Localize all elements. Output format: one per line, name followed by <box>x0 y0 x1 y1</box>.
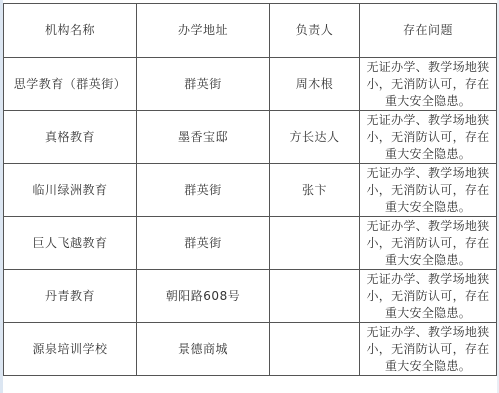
cell-issue: 无证办学、教学场地狭小，无消防认可，存在重大安全隐患。 <box>360 164 497 217</box>
issue-text: 无证办学、教学场地狭小，无消防认可，存在重大安全隐患。 <box>366 271 490 322</box>
table-row: 临川绿洲教育 群英街 张卞 无证办学、教学场地狭小，无消防认可，存在重大安全隐患… <box>4 164 497 217</box>
cell-person-in-charge <box>270 217 360 270</box>
table-row: 巨人飞越教育 群英街 无证办学、教学场地狭小，无消防认可，存在重大安全隐患。 <box>4 217 497 270</box>
table-header-row: 机构名称 办学地址 负责人 存在问题 <box>4 4 497 58</box>
cell-person-in-charge <box>270 323 360 376</box>
cell-person-in-charge <box>270 270 360 323</box>
institutions-table: 机构名称 办学地址 负责人 存在问题 思学教育（群英街） 群英街 周木根 无证办… <box>3 3 497 376</box>
cell-institution-name: 临川绿洲教育 <box>4 164 137 217</box>
cell-address: 景德商城 <box>137 323 270 376</box>
cell-institution-name: 思学教育（群英街） <box>4 58 137 111</box>
cell-institution-name: 源泉培训学校 <box>4 323 137 376</box>
cell-address: 墨香宝邸 <box>137 111 270 164</box>
cell-institution-name: 丹青教育 <box>4 270 137 323</box>
cell-person-in-charge: 周木根 <box>270 58 360 111</box>
cell-person-in-charge: 张卞 <box>270 164 360 217</box>
table-row: 真格教育 墨香宝邸 方长达人 无证办学、教学场地狭小，无消防认可，存在重大安全隐… <box>4 111 497 164</box>
header-person-in-charge: 负责人 <box>270 4 360 58</box>
cell-address: 群英街 <box>137 164 270 217</box>
header-institution-name: 机构名称 <box>4 4 137 58</box>
issue-text: 无证办学、教学场地狭小，无消防认可，存在重大安全隐患。 <box>366 218 490 269</box>
cell-issue: 无证办学、教学场地狭小，无消防认可，存在重大安全隐患。 <box>360 111 497 164</box>
issue-text: 无证办学、教学场地狭小，无消防认可，存在重大安全隐患。 <box>366 324 490 375</box>
header-address: 办学地址 <box>137 4 270 58</box>
table-row: 丹青教育 朝阳路608号 无证办学、教学场地狭小，无消防认可，存在重大安全隐患。 <box>4 270 497 323</box>
cell-institution-name: 巨人飞越教育 <box>4 217 137 270</box>
cell-issue: 无证办学、教学场地狭小，无消防认可，存在重大安全隐患。 <box>360 217 497 270</box>
cell-address: 群英街 <box>137 58 270 111</box>
table-row: 源泉培训学校 景德商城 无证办学、教学场地狭小，无消防认可，存在重大安全隐患。 <box>4 323 497 376</box>
cell-address: 朝阳路608号 <box>137 270 270 323</box>
issue-text: 无证办学、教学场地狭小，无消防认可，存在重大安全隐患。 <box>366 165 490 216</box>
cell-person-in-charge: 方长达人 <box>270 111 360 164</box>
issue-text: 无证办学、教学场地狭小，无消防认可，存在重大安全隐患。 <box>366 59 490 110</box>
cell-address: 群英街 <box>137 217 270 270</box>
header-issues: 存在问题 <box>360 4 497 58</box>
issue-text: 无证办学、教学场地狭小，无消防认可，存在重大安全隐患。 <box>366 112 490 163</box>
cell-institution-name: 真格教育 <box>4 111 137 164</box>
table-row: 思学教育（群英街） 群英街 周木根 无证办学、教学场地狭小，无消防认可，存在重大… <box>4 58 497 111</box>
cell-issue: 无证办学、教学场地狭小，无消防认可，存在重大安全隐患。 <box>360 270 497 323</box>
cell-issue: 无证办学、教学场地狭小，无消防认可，存在重大安全隐患。 <box>360 58 497 111</box>
cell-issue: 无证办学、教学场地狭小，无消防认可，存在重大安全隐患。 <box>360 323 497 376</box>
